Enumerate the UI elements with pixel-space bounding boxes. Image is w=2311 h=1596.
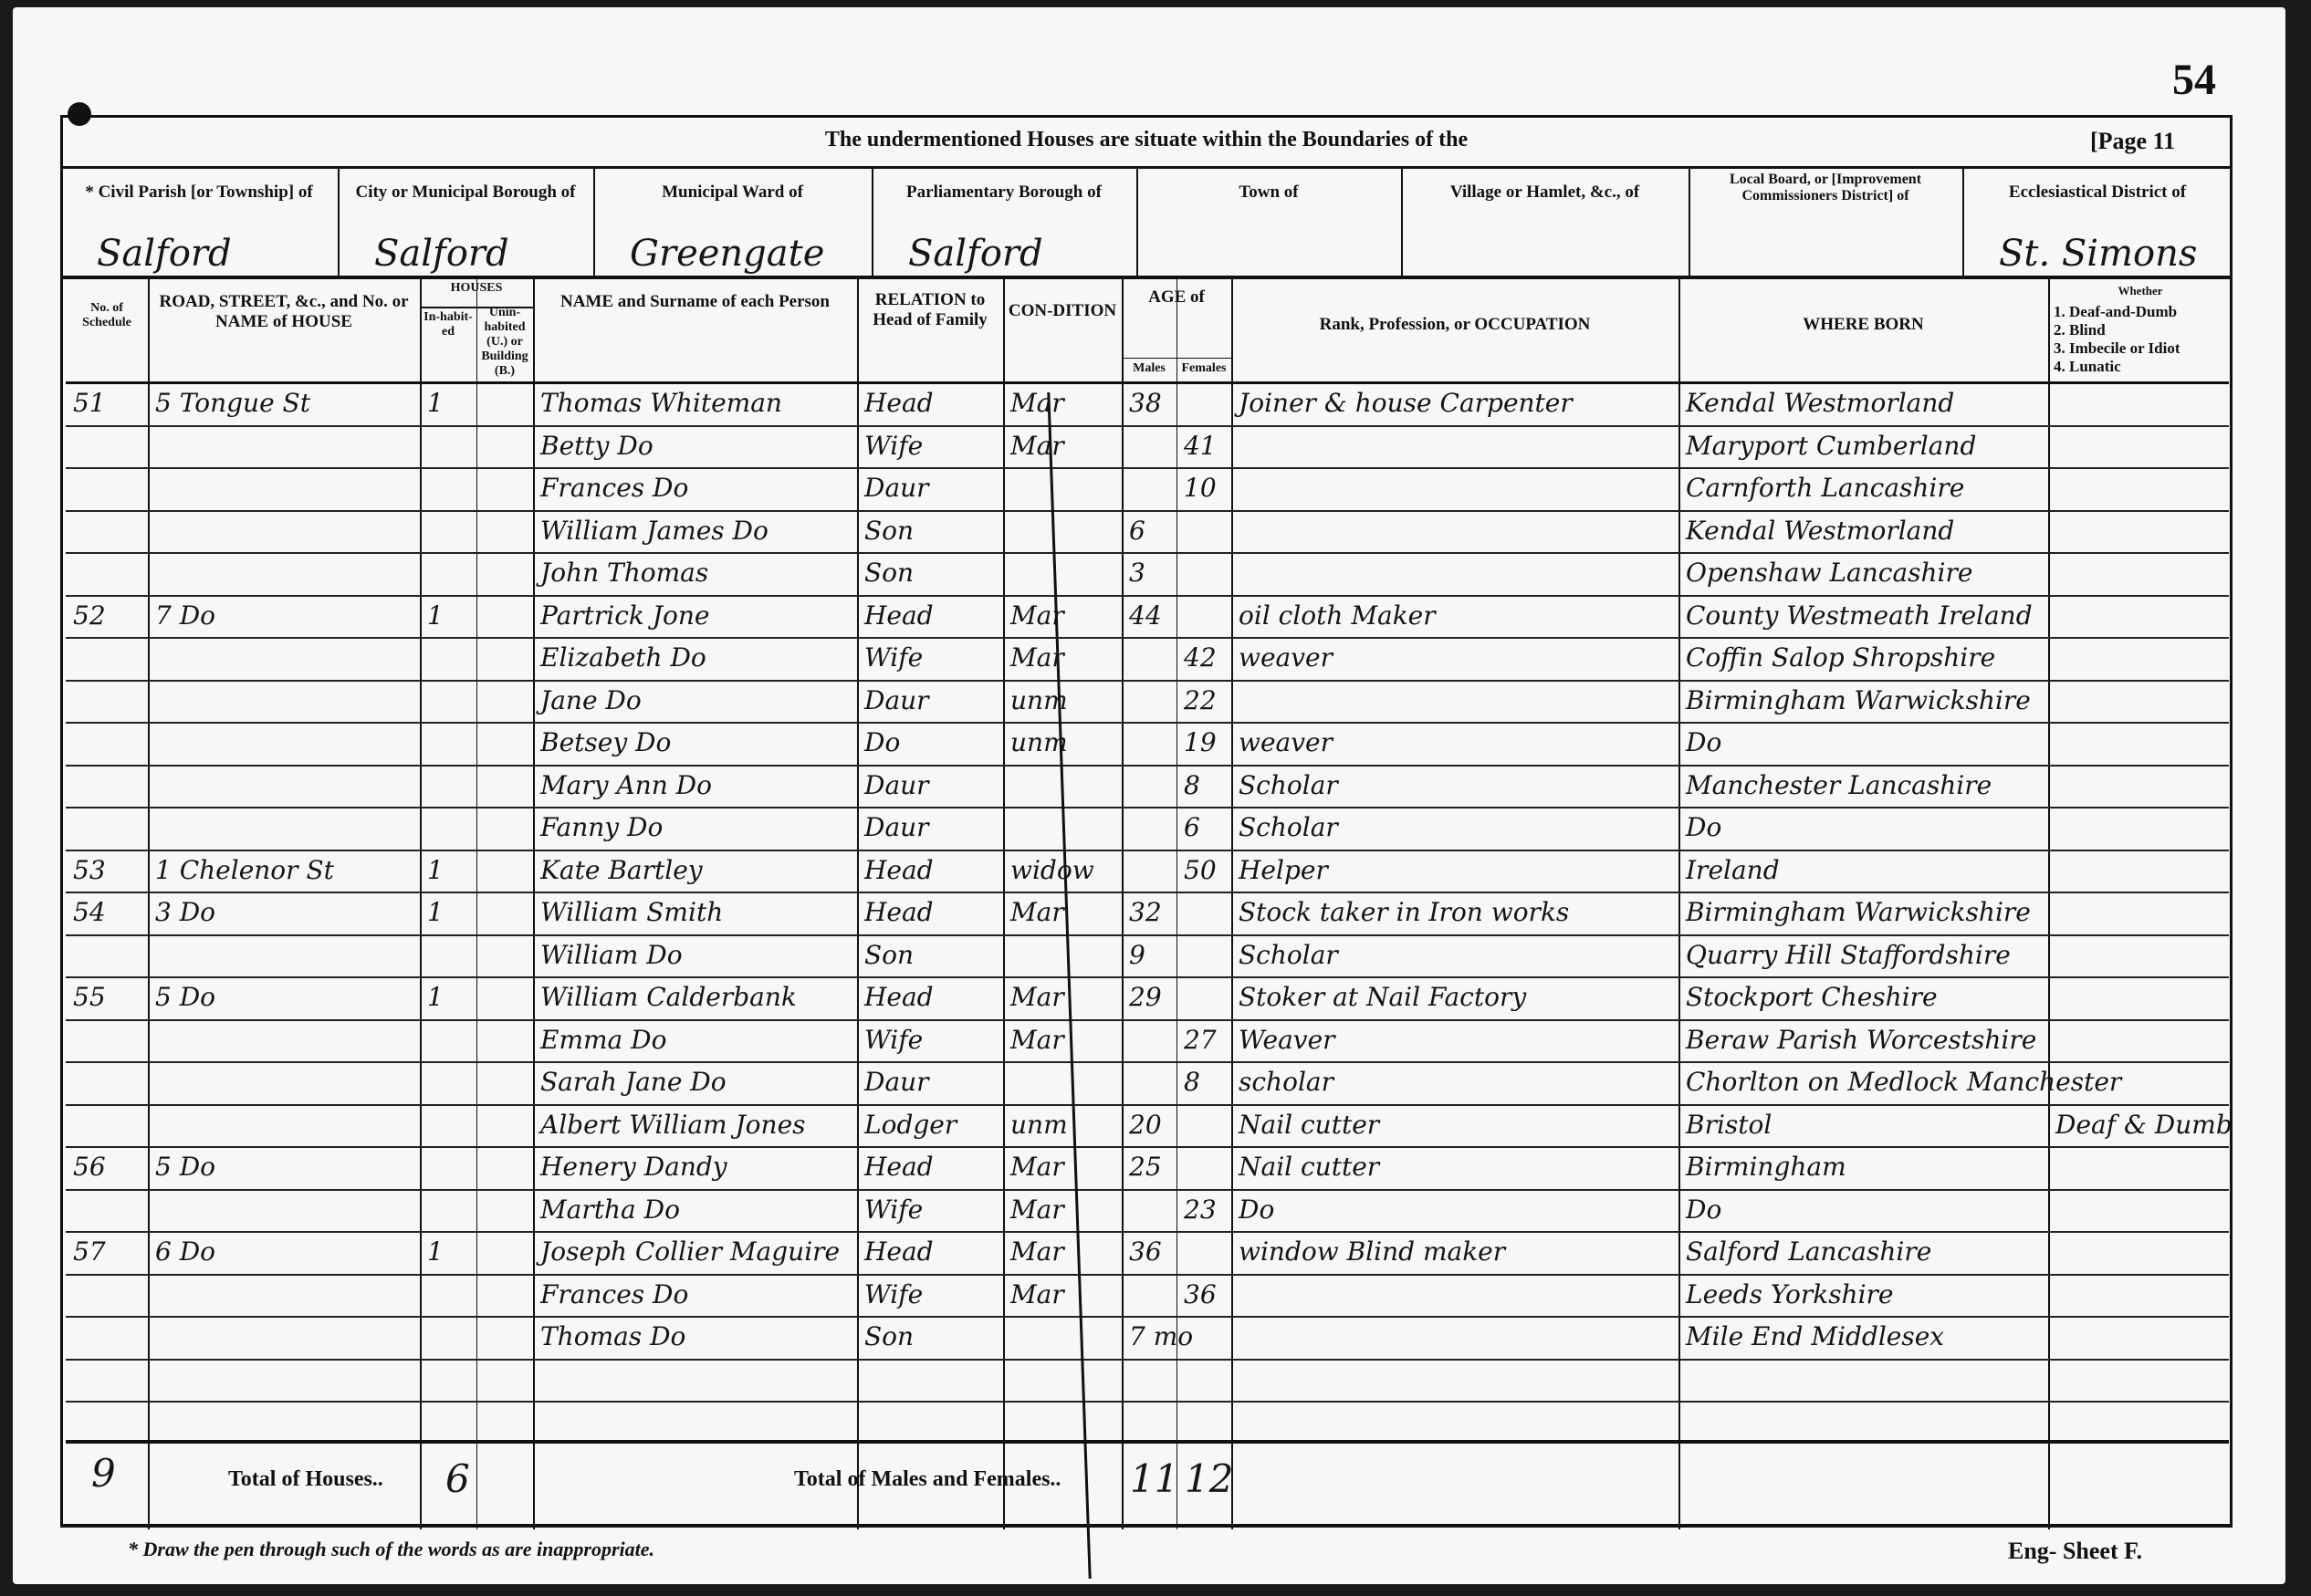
sheet-identifier: Eng- Sheet F.: [2008, 1538, 2142, 1565]
column-header-males: Males: [1122, 361, 1176, 376]
cell-born: Birmingham Warwickshire: [1686, 685, 2031, 715]
cell-condition: Mar: [1010, 1025, 1064, 1055]
total-houses-label: Total of Houses..: [228, 1467, 383, 1492]
cell-relation: Wife: [864, 1025, 923, 1055]
cell-born: Birmingham Warwickshire: [1686, 897, 2031, 927]
cell-occupation: Stock taker in Iron works: [1239, 897, 1569, 927]
boundary-value-2: Greengate: [630, 233, 824, 275]
cell-name: Sarah Jane Do: [540, 1067, 727, 1097]
cell-address: 3 Do: [155, 897, 215, 927]
cell-name: Jane Do: [540, 685, 642, 715]
cell-born: Birmingham: [1686, 1152, 1846, 1182]
cell-relation: Head: [864, 982, 934, 1012]
form-title: The undermentioned Houses are situate wi…: [60, 128, 2233, 152]
cell-born: Chorlton on Medlock Manchester: [1686, 1067, 2121, 1097]
cell-occupation: Nail cutter: [1239, 1110, 1379, 1140]
cell-relation: Head: [864, 388, 934, 418]
cell-males: 9: [1129, 940, 1145, 970]
cell-relation: Wife: [864, 1194, 923, 1225]
column-header-name: NAME and Surname of each Person: [533, 292, 857, 312]
cell-occupation: Scholar: [1239, 812, 1338, 842]
cell-name: Frances Do: [540, 1279, 688, 1309]
cell-name: Partrick Jone: [540, 600, 710, 631]
cell-inhabited: 1: [427, 982, 444, 1012]
cell-males: 44: [1129, 600, 1162, 631]
cell-females: 50: [1184, 855, 1217, 885]
cell-condition: Mar: [1010, 1152, 1064, 1182]
boundary-label-7: Ecclesiastical District of: [1966, 183, 2229, 203]
cell-born: Kendal Westmorland: [1686, 516, 1954, 546]
total-males-value: 11: [1130, 1456, 1178, 1501]
cell-males: 38: [1129, 388, 1162, 418]
cell-born: Bristol: [1686, 1110, 1772, 1140]
cell-condition: widow: [1010, 855, 1094, 885]
cell-born: Do: [1686, 727, 1721, 757]
cell-males: 36: [1129, 1236, 1162, 1267]
cell-born: Openshaw Lancashire: [1686, 558, 1972, 588]
cell-born: Maryport Cumberland: [1686, 431, 1976, 461]
cell-condition: Mar: [1010, 1236, 1064, 1267]
cell-relation: Wife: [864, 431, 923, 461]
cell-females: 22: [1184, 685, 1217, 715]
cell-name: William Calderbank: [540, 982, 797, 1012]
cell-relation: Head: [864, 897, 934, 927]
cell-schedule: 54: [73, 897, 106, 927]
cell-males: 6: [1129, 516, 1145, 546]
cell-condition: Mar: [1010, 1194, 1064, 1225]
column-header-inhabited: In-habit-ed: [420, 310, 476, 339]
cell-born: County Westmeath Ireland: [1686, 600, 2033, 631]
cell-occupation: oil cloth Maker: [1239, 600, 1436, 631]
cell-males: 3: [1129, 558, 1145, 588]
total-houses-value: 6: [445, 1456, 470, 1501]
cell-relation: Son: [864, 558, 914, 588]
boundary-label-1: City or Municipal Borough of: [341, 183, 590, 203]
cell-name: Emma Do: [540, 1025, 666, 1055]
cell-condition: Mar: [1010, 982, 1064, 1012]
cell-born: Stockport Cheshire: [1686, 982, 1938, 1012]
cell-address: 7 Do: [155, 600, 215, 631]
cell-name: Betty Do: [540, 431, 654, 461]
column-header-infirmity-4: 4. Lunatic: [2054, 358, 2227, 376]
cell-females: 41: [1184, 431, 1217, 461]
cell-males: 32: [1129, 897, 1162, 927]
cell-name: Joseph Collier Maguire: [540, 1236, 840, 1267]
cell-born: Do: [1686, 1194, 1721, 1225]
column-header-houses: HOUSES: [420, 281, 533, 296]
boundary-label-6: Local Board, or [Improvement Commissione…: [1692, 172, 1959, 205]
boundary-label-0: * Civil Parish [or Township] of: [64, 183, 334, 203]
boundary-value-0: Salford: [97, 233, 232, 275]
cell-inhabited: 1: [427, 600, 444, 631]
cell-schedule: 57: [73, 1236, 106, 1267]
column-header-relation: RELATION to Head of Family: [857, 290, 1003, 330]
cell-name: Betsey Do: [540, 727, 671, 757]
cell-born: Carnforth Lancashire: [1686, 473, 1964, 503]
cell-males: 25: [1129, 1152, 1162, 1182]
cell-males: 29: [1129, 982, 1162, 1012]
cell-relation: Daur: [864, 1067, 929, 1097]
cell-occupation: weaver: [1239, 727, 1333, 757]
cell-relation: Son: [864, 1321, 914, 1351]
cell-name: Frances Do: [540, 473, 688, 503]
cell-females: 6: [1184, 812, 1200, 842]
cell-address: 5 Do: [155, 982, 215, 1012]
cell-born: Coffin Salop Shropshire: [1686, 642, 1995, 673]
cell-relation: Head: [864, 1236, 934, 1267]
cell-name: Thomas Do: [540, 1321, 685, 1351]
cell-occupation: window Blind maker: [1239, 1236, 1505, 1267]
page-reference: [Page 11: [2090, 128, 2175, 155]
cell-females: 23: [1184, 1194, 1217, 1225]
cell-born: Salford Lancashire: [1686, 1236, 1931, 1267]
cell-born: Manchester Lancashire: [1686, 770, 1992, 800]
boundary-value-7: St. Simons: [1999, 233, 2197, 275]
cell-occupation: Do: [1239, 1194, 1274, 1225]
total-persons-label: Total of Males and Females..: [794, 1467, 1061, 1492]
column-header-infirmity-1: 1. Deaf-and-Dumb: [2054, 303, 2227, 321]
cell-name: William James Do: [540, 516, 769, 546]
column-header-born: WHERE BORN: [1678, 315, 2048, 335]
cell-occupation: Weaver: [1239, 1025, 1335, 1055]
cell-females: 8: [1184, 770, 1200, 800]
form-frame-bottom: [60, 1524, 2233, 1528]
cell-relation: Son: [864, 516, 914, 546]
cell-relation: Daur: [864, 473, 929, 503]
cell-name: Thomas Whiteman: [540, 388, 782, 418]
cell-occupation: Scholar: [1239, 770, 1338, 800]
column-header-schedule: No. of Schedule: [66, 301, 148, 330]
cell-relation: Head: [864, 1152, 934, 1182]
cell-condition: Mar: [1010, 897, 1064, 927]
cell-occupation: Stoker at Nail Factory: [1239, 982, 1526, 1012]
cell-condition: Mar: [1010, 1279, 1064, 1309]
cell-relation: Head: [864, 855, 934, 885]
folio-number: 54: [2172, 55, 2216, 105]
boundary-value-3: Salford: [908, 233, 1043, 275]
cell-born: Beraw Parish Worcestshire: [1686, 1025, 2036, 1055]
cell-inhabited: 1: [427, 1236, 444, 1267]
cell-relation: Wife: [864, 1279, 923, 1309]
cell-name: Elizabeth Do: [540, 642, 706, 673]
cell-males: 7 mo: [1129, 1321, 1193, 1351]
footnote: * Draw the pen through such of the words…: [128, 1538, 654, 1561]
cell-relation: Daur: [864, 812, 929, 842]
column-header-occupation: Rank, Profession, or OCCUPATION: [1231, 315, 1678, 335]
column-header-uninhabited: Unin-habited (U.) or Building (B.): [476, 306, 533, 379]
boundary-label-3: Parliamentary Borough of: [875, 183, 1133, 203]
column-header-condition: CON-DITION: [1003, 301, 1122, 321]
cell-condition: unm: [1010, 1110, 1068, 1140]
cell-born: Kendal Westmorland: [1686, 388, 1954, 418]
cell-address: 6 Do: [155, 1236, 215, 1267]
cell-name: William Do: [540, 940, 683, 970]
cell-schedule: 52: [73, 600, 106, 631]
cell-relation: Daur: [864, 770, 929, 800]
cell-females: 27: [1184, 1025, 1217, 1055]
cell-occupation: weaver: [1239, 642, 1333, 673]
cell-address: 5 Tongue St: [155, 388, 310, 418]
column-header-address: ROAD, STREET, &c., and No. or NAME of HO…: [148, 292, 420, 332]
cell-name: John Thomas: [540, 558, 708, 588]
boundary-value-1: Salford: [374, 233, 509, 275]
cell-address: 5 Do: [155, 1152, 215, 1182]
cell-born: Leeds Yorkshire: [1686, 1279, 1894, 1309]
column-header-age: AGE of: [1122, 287, 1231, 308]
cell-schedule: 51: [73, 388, 106, 418]
cell-relation: Head: [864, 600, 934, 631]
cell-name: Mary Ann Do: [540, 770, 712, 800]
cell-occupation: Helper: [1239, 855, 1328, 885]
boundary-label-2: Municipal Ward of: [597, 183, 868, 203]
cell-occupation: Joiner & house Carpenter: [1239, 388, 1573, 418]
cell-inhabited: 1: [427, 855, 444, 885]
cell-address: 1 Chelenor St: [155, 855, 334, 885]
cell-born: Do: [1686, 812, 1721, 842]
cell-born: Quarry Hill Staffordshire: [1686, 940, 2011, 970]
cell-relation: Wife: [864, 642, 923, 673]
cell-born: Mile End Middlesex: [1686, 1321, 1944, 1351]
cell-schedule: 55: [73, 982, 106, 1012]
column-header-females: Females: [1176, 361, 1231, 376]
total-females-value: 12: [1185, 1456, 1233, 1501]
cell-females: 8: [1184, 1067, 1200, 1097]
cell-schedule: 56: [73, 1152, 106, 1182]
totals-schedule-mark: 9: [91, 1451, 116, 1496]
cell-schedule: 53: [73, 855, 106, 885]
cell-males: 20: [1129, 1110, 1162, 1140]
cell-name: William Smith: [540, 897, 723, 927]
cell-born: Ireland: [1686, 855, 1780, 885]
cell-name: Albert William Jones: [540, 1110, 806, 1140]
cell-infirmity: Deaf & Dumb: [2055, 1110, 2233, 1140]
cell-occupation: scholar: [1239, 1067, 1333, 1097]
cell-name: Kate Bartley: [540, 855, 703, 885]
column-header-infirmity-3: 3. Imbecile or Idiot: [2054, 339, 2227, 358]
cell-occupation: Nail cutter: [1239, 1152, 1379, 1182]
cell-relation: Son: [864, 940, 914, 970]
column-header-infirmity-title: Whether: [2054, 285, 2227, 298]
cell-name: Martha Do: [540, 1194, 680, 1225]
cell-inhabited: 1: [427, 897, 444, 927]
column-header-infirmity-2: 2. Blind: [2054, 321, 2227, 339]
cell-occupation: Scholar: [1239, 940, 1338, 970]
boundary-label-5: Village or Hamlet, &c., of: [1405, 183, 1685, 203]
cell-females: 42: [1184, 642, 1217, 673]
cell-females: 10: [1184, 473, 1217, 503]
cell-relation: Daur: [864, 685, 929, 715]
cell-name: Fanny Do: [540, 812, 663, 842]
cell-inhabited: 1: [427, 388, 444, 418]
cell-females: 19: [1184, 727, 1217, 757]
boundary-label-4: Town of: [1140, 183, 1397, 203]
cell-females: 36: [1184, 1279, 1217, 1309]
cell-name: Henery Dandy: [540, 1152, 727, 1182]
cell-relation: Lodger: [864, 1110, 957, 1140]
cell-relation: Do: [864, 727, 900, 757]
